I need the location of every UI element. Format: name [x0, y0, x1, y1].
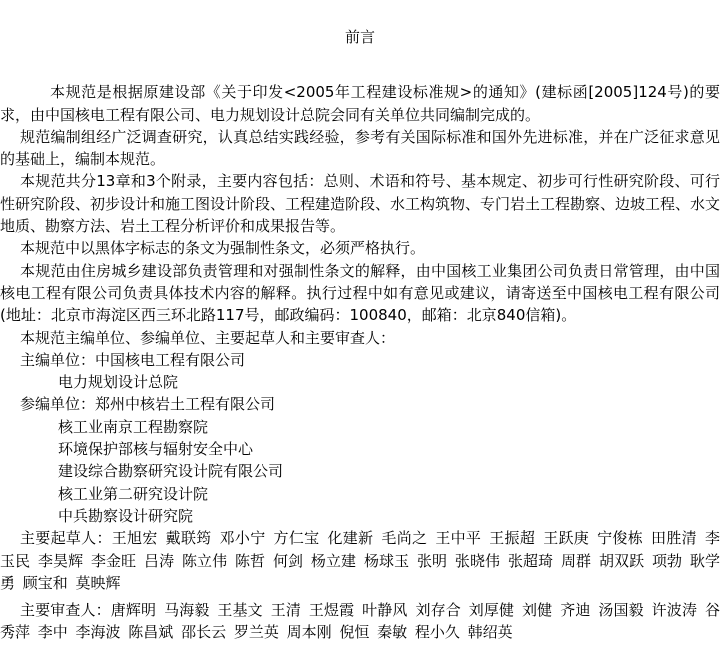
paragraph-credits-intro: 本规范主编单位、参编单位、主要起草人和主要审查人：: [0, 327, 720, 349]
participating-unit-item: 建设综合勘察研究设计院有限公司: [0, 460, 720, 482]
reviewers-label: 主要审查人：: [20, 601, 111, 619]
participating-unit-item: 核工业第二研究设计院: [0, 483, 720, 505]
paragraph-management: 本规范由住房城乡建设部负责管理和对强制性条文的解释，由中国核工业集团公司负责日常…: [0, 260, 720, 327]
participating-unit-item: 环境保护部核与辐射安全中心: [0, 438, 720, 460]
chief-editing-unit-line: 主编单位：中国核电工程有限公司: [0, 349, 720, 371]
reviewers-line: 主要审查人：唐辉明 马海毅 王基文 王清 王煜霞 叶静风 刘存合 刘厚健 刘健 …: [0, 599, 720, 644]
drafters-label: 主要起草人：: [20, 529, 112, 547]
chief-editing-unit-extra: 电力规划设计总院: [0, 371, 720, 393]
participating-unit-line: 参编单位：郑州中核岩土工程有限公司: [0, 393, 720, 415]
paragraph-mandatory: 本规范中以黑体字标志的条文为强制性条文，必须严格执行。: [0, 237, 720, 259]
paragraph-process: 规范编制组经广泛调查研究，认真总结实践经验，参考有关国际标准和国外先进标准，并在…: [0, 126, 720, 171]
chief-editing-unit-name: 中国核电工程有限公司: [95, 351, 245, 369]
participating-unit-name: 郑州中核岩土工程有限公司: [95, 395, 275, 413]
chief-editing-unit-label: 主编单位：: [20, 351, 95, 369]
participating-unit-item: 中兵勘察设计研究院: [0, 505, 720, 527]
preface-page: 前言 本规范是根据原建设部《关于印发<2005年工程建设标准规>的通知》(建标函…: [0, 0, 720, 669]
participating-unit-label: 参编单位：: [20, 395, 95, 413]
paragraph-basis: 本规范是根据原建设部《关于印发<2005年工程建设标准规>的通知》(建标函[20…: [0, 81, 720, 126]
drafters-line: 主要起草人：王旭宏 戴联筠 邓小宁 方仁宝 化建新 毛尚之 王中平 王振超 王跃…: [0, 527, 720, 594]
paragraph-contents: 本规范共分13章和3个附录，主要内容包括：总则、术语和符号、基本规定、初步可行性…: [0, 170, 720, 237]
participating-unit-item: 核工业南京工程勘察院: [0, 416, 720, 438]
page-title: 前言: [0, 26, 720, 48]
